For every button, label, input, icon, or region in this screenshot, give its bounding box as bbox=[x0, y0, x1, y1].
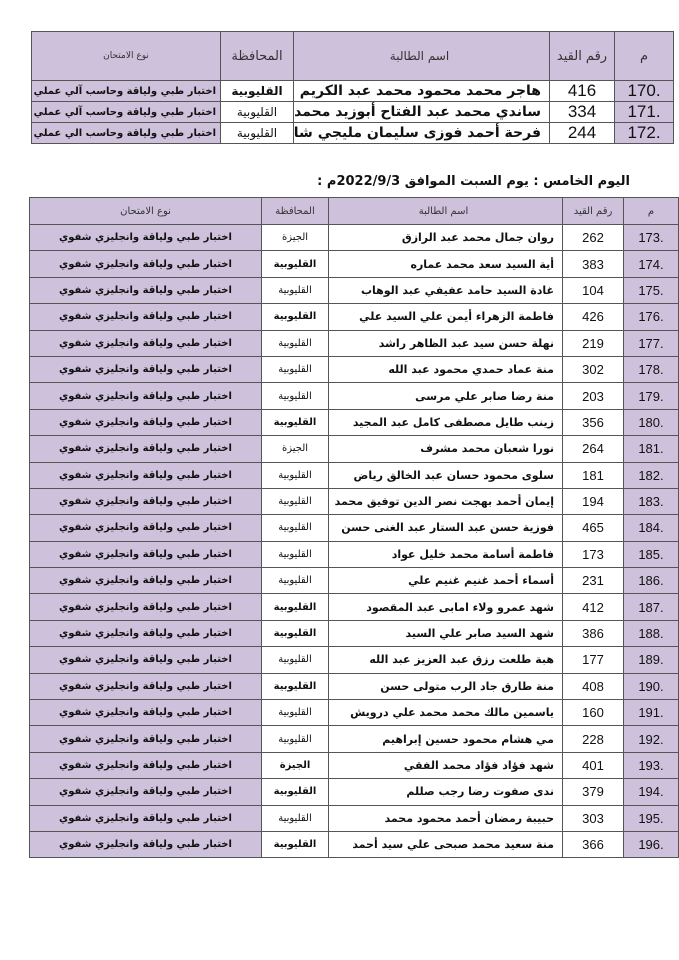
row-exam: اختبار طبي ولياقة وانجليزي شفوي bbox=[30, 805, 262, 831]
row-num: .177 bbox=[624, 330, 679, 356]
row-exam: اختبار طبي ولياقة وانجليزي شفوي bbox=[30, 330, 262, 356]
table-row: .194379ندى صفوت رضا رجب صللمالقليوبيةاخت… bbox=[30, 779, 679, 805]
table-row: .184465فوزية حسن عبد الستار عبد الغنى حس… bbox=[30, 515, 679, 541]
table-row: .189177هبة طلعت رزق عبد العزيز عبد اللها… bbox=[30, 647, 679, 673]
row-code: 177 bbox=[563, 647, 624, 673]
row-name: ندى صفوت رضا رجب صللم bbox=[329, 779, 563, 805]
row-name: غادة السيد حامد عفيفي عبد الوهاب bbox=[329, 277, 563, 303]
row-governorate: القليوبية bbox=[262, 356, 329, 382]
row-name: أية السيد سعد محمد عماره bbox=[329, 251, 563, 277]
row-governorate: القليوبية bbox=[262, 700, 329, 726]
row-num: .196 bbox=[624, 831, 679, 857]
row-code: 231 bbox=[563, 568, 624, 594]
header-exam: نوع الامتحان bbox=[32, 32, 221, 81]
row-name: فاطمة الزهراء أيمن علي السيد علي bbox=[329, 304, 563, 330]
table-row: .178302منة عماد حمدي محمود عبد اللهالقلي… bbox=[30, 356, 679, 382]
header-name: اسم الطالبة bbox=[294, 32, 550, 81]
row-name: أسماء أحمد غنيم غنيم علي bbox=[329, 568, 563, 594]
row-exam: اختبار طبي ولياقة وانجليزي شفوي bbox=[30, 383, 262, 409]
row-exam: اختبار طبي ولياقة وانجليزي شفوي bbox=[30, 409, 262, 435]
row-code: 160 bbox=[563, 700, 624, 726]
row-governorate: الجيزة bbox=[262, 752, 329, 778]
row-name: منة طارق جاد الرب متولى حسن bbox=[329, 673, 563, 699]
row-governorate: القليوبية bbox=[221, 81, 294, 102]
row-num: .195 bbox=[624, 805, 679, 831]
row-num: .188 bbox=[624, 620, 679, 646]
row-num: .185 bbox=[624, 541, 679, 567]
table-row: .186231أسماء أحمد غنيم غنيم عليالقليوبية… bbox=[30, 568, 679, 594]
row-governorate: القليوبية bbox=[262, 251, 329, 277]
row-num: .184 bbox=[624, 515, 679, 541]
row-num: .194 bbox=[624, 779, 679, 805]
row-num: .172 bbox=[615, 123, 674, 144]
row-num: .170 bbox=[615, 81, 674, 102]
row-exam: اختبار طبي ولياقة وانجليزي شفوي bbox=[30, 225, 262, 251]
row-exam: اختبار طبي ولياقة وانجليزي شفوي bbox=[30, 594, 262, 620]
table-row: .183194إيمان أحمد بهجت نصر الدين توفيق م… bbox=[30, 488, 679, 514]
row-code: 408 bbox=[563, 673, 624, 699]
row-num: .179 bbox=[624, 383, 679, 409]
row-num: .189 bbox=[624, 647, 679, 673]
table-row: .172 244 فرحة أحمد فوزى سليمان مليجي شاه… bbox=[32, 123, 674, 144]
row-exam: اختبار طبي ولياقة وانجليزي شفوي bbox=[30, 779, 262, 805]
row-code: 262 bbox=[563, 225, 624, 251]
row-exam: اختبار طبي ولياقة وانجليزي شفوي bbox=[30, 277, 262, 303]
row-code: 412 bbox=[563, 594, 624, 620]
row-name: سلوى محمود حسان عبد الخالق رياض bbox=[329, 462, 563, 488]
row-governorate: القليوبية bbox=[262, 409, 329, 435]
header-num: م bbox=[624, 198, 679, 225]
row-num: .181 bbox=[624, 436, 679, 462]
day-heading: اليوم الخامس : يوم السبت الموافق 2022/9/… bbox=[317, 174, 630, 189]
row-exam: اختبار طبي ولياقة وانجليزي شفوي bbox=[30, 726, 262, 752]
row-governorate: القليوبية bbox=[262, 594, 329, 620]
row-name: شهد عمرو ولاء امابى عبد المقصود bbox=[329, 594, 563, 620]
row-code: 104 bbox=[563, 277, 624, 303]
row-name: حبيبة رمضان أحمد محمود محمد bbox=[329, 805, 563, 831]
row-num: .186 bbox=[624, 568, 679, 594]
table-row: .192228مي هشام محمود حسين إبراهيمالقليوب… bbox=[30, 726, 679, 752]
row-governorate: القليوبية bbox=[262, 568, 329, 594]
row-name: شهد السيد صابر علي السيد bbox=[329, 620, 563, 646]
table-row: .171 334 ساندي محمد عبد الفتاح أبوزيد مح… bbox=[32, 102, 674, 123]
row-name: منة عماد حمدي محمود عبد الله bbox=[329, 356, 563, 382]
row-num: .175 bbox=[624, 277, 679, 303]
row-num: .193 bbox=[624, 752, 679, 778]
header-governorate: المحافظة bbox=[262, 198, 329, 225]
row-governorate: القليوبية bbox=[262, 779, 329, 805]
table-row: .187412شهد عمرو ولاء امابى عبد المقصودال… bbox=[30, 594, 679, 620]
row-num: .173 bbox=[624, 225, 679, 251]
row-code: 302 bbox=[563, 356, 624, 382]
row-governorate: القليوبية bbox=[262, 831, 329, 857]
row-num: .191 bbox=[624, 700, 679, 726]
row-name: نورا شعبان محمد مشرف bbox=[329, 436, 563, 462]
row-governorate: الجيزة bbox=[262, 436, 329, 462]
row-governorate: القليوبية bbox=[262, 277, 329, 303]
row-governorate: القليوبية bbox=[262, 647, 329, 673]
row-num: .192 bbox=[624, 726, 679, 752]
row-governorate: القليوبية bbox=[262, 620, 329, 646]
row-name: ساندي محمد عبد الفتاح أبوزيد محمد bbox=[294, 102, 550, 123]
row-exam: اختبار طبي ولياقة وانجليزي شفوي bbox=[30, 620, 262, 646]
header-num: م bbox=[615, 32, 674, 81]
row-exam: اختبار طبي ولياقة وانجليزي شفوي bbox=[30, 436, 262, 462]
table-row: .170 416 هاجر محمد محمود محمد عبد الكريم… bbox=[32, 81, 674, 102]
row-num: .180 bbox=[624, 409, 679, 435]
header-name: اسم الطالبة bbox=[329, 198, 563, 225]
row-exam: اختبار طبي ولياقة وانجليزي شفوي bbox=[30, 752, 262, 778]
row-name: فوزية حسن عبد الستار عبد الغنى حسن bbox=[329, 515, 563, 541]
table-row: .176426فاطمة الزهراء أيمن علي السيد عليا… bbox=[30, 304, 679, 330]
row-exam: اختبار طبي ولياقة وانجليزي شفوي bbox=[30, 356, 262, 382]
table-row: .188386شهد السيد صابر علي السيدالقليوبية… bbox=[30, 620, 679, 646]
row-exam: اختبار طبي ولياقة وانجليزي شفوي bbox=[30, 541, 262, 567]
students-table-day-five: م رقم القيد اسم الطالبة المحافظة نوع الا… bbox=[29, 197, 679, 858]
row-code: 401 bbox=[563, 752, 624, 778]
row-code: 303 bbox=[563, 805, 624, 831]
row-code: 334 bbox=[550, 102, 615, 123]
table-header-row: م رقم القيد اسم الطالبة المحافظة نوع الا… bbox=[30, 198, 679, 225]
row-code: 203 bbox=[563, 383, 624, 409]
row-exam: اختبار طبي ولياقة وانجليزي شفوي bbox=[30, 488, 262, 514]
row-code: 356 bbox=[563, 409, 624, 435]
row-name: هاجر محمد محمود محمد عبد الكريم bbox=[294, 81, 550, 102]
row-governorate: القليوبية bbox=[262, 304, 329, 330]
row-exam: اختبار طبي ولياقة وحاسب الي عملي bbox=[32, 123, 221, 144]
table-row: .179203منة رضا صابر علي مرسىالقليوبيةاخت… bbox=[30, 383, 679, 409]
row-num: .176 bbox=[624, 304, 679, 330]
table-row: .181264نورا شعبان محمد مشرفالجيزةاختبار … bbox=[30, 436, 679, 462]
row-exam: اختبار طبي ولياقة وانجليزي شفوي bbox=[30, 251, 262, 277]
table-row: .185173فاطمة أسامة محمد خليل عوادالقليوب… bbox=[30, 541, 679, 567]
row-code: 219 bbox=[563, 330, 624, 356]
row-governorate: القليوبية bbox=[262, 515, 329, 541]
row-exam: اختبار طبي ولياقة وحاسب آلي عملي bbox=[32, 102, 221, 123]
header-exam: نوع الامتحان bbox=[30, 198, 262, 225]
row-name: روان جمال محمد عبد الرازق bbox=[329, 225, 563, 251]
header-governorate: المحافظة bbox=[221, 32, 294, 81]
row-name: منة سعيد محمد صبحى علي سيد أحمد bbox=[329, 831, 563, 857]
table-row: .195303حبيبة رمضان أحمد محمود محمدالقليو… bbox=[30, 805, 679, 831]
row-governorate: القليوبية bbox=[262, 726, 329, 752]
row-name: إيمان أحمد بهجت نصر الدين توفيق محمد bbox=[329, 488, 563, 514]
row-name: منة رضا صابر علي مرسى bbox=[329, 383, 563, 409]
row-code: 173 bbox=[563, 541, 624, 567]
row-code: 228 bbox=[563, 726, 624, 752]
table-row: .190408منة طارق جاد الرب متولى حسنالقليو… bbox=[30, 673, 679, 699]
row-num: .174 bbox=[624, 251, 679, 277]
row-code: 194 bbox=[563, 488, 624, 514]
row-exam: اختبار طبي ولياقة وانجليزي شفوي bbox=[30, 304, 262, 330]
table-row: .174383أية السيد سعد محمد عمارهالقليوبية… bbox=[30, 251, 679, 277]
row-exam: اختبار طبي ولياقة وحاسب آلي عملي bbox=[32, 81, 221, 102]
row-governorate: القليوبية bbox=[262, 673, 329, 699]
row-code: 366 bbox=[563, 831, 624, 857]
row-exam: اختبار طبي ولياقة وانجليزي شفوي bbox=[30, 673, 262, 699]
row-num: .183 bbox=[624, 488, 679, 514]
row-code: 244 bbox=[550, 123, 615, 144]
table-row: .191160ياسمين مالك محمد محمد علي درويشال… bbox=[30, 700, 679, 726]
row-name: مي هشام محمود حسين إبراهيم bbox=[329, 726, 563, 752]
row-code: 181 bbox=[563, 462, 624, 488]
table-row: .180356زينب طايل مصطفى كامل عبد المجيدال… bbox=[30, 409, 679, 435]
table-row: .193401شهد فؤاد فؤاد محمد الفقيالجيزةاخت… bbox=[30, 752, 679, 778]
row-num: .178 bbox=[624, 356, 679, 382]
row-governorate: القليوبية bbox=[221, 123, 294, 144]
header-code: رقم القيد bbox=[563, 198, 624, 225]
table-row: .182181سلوى محمود حسان عبد الخالق رياضال… bbox=[30, 462, 679, 488]
row-exam: اختبار طبي ولياقة وانجليزي شفوي bbox=[30, 568, 262, 594]
row-name: هبة طلعت رزق عبد العزيز عبد الله bbox=[329, 647, 563, 673]
row-name: فاطمة أسامة محمد خليل عواد bbox=[329, 541, 563, 567]
row-code: 379 bbox=[563, 779, 624, 805]
row-governorate: القليوبية bbox=[262, 462, 329, 488]
header-code: رقم القيد bbox=[550, 32, 615, 81]
row-code: 383 bbox=[563, 251, 624, 277]
row-governorate: القليوبية bbox=[262, 541, 329, 567]
table-row: .175104غادة السيد حامد عفيفي عبد الوهابا… bbox=[30, 277, 679, 303]
row-code: 416 bbox=[550, 81, 615, 102]
row-code: 386 bbox=[563, 620, 624, 646]
row-governorate: القليوبية bbox=[262, 488, 329, 514]
row-governorate: الجيزة bbox=[262, 225, 329, 251]
table-header-row: م رقم القيد اسم الطالبة المحافظة نوع الا… bbox=[32, 32, 674, 81]
row-name: نهلة حسن سيد عبد الظاهر راشد bbox=[329, 330, 563, 356]
row-num: .190 bbox=[624, 673, 679, 699]
row-exam: اختبار طبي ولياقة وانجليزي شفوي bbox=[30, 515, 262, 541]
row-governorate: القليوبية bbox=[262, 383, 329, 409]
row-exam: اختبار طبي ولياقة وانجليزي شفوي bbox=[30, 700, 262, 726]
row-name: زينب طايل مصطفى كامل عبد المجيد bbox=[329, 409, 563, 435]
table-row: .173262روان جمال محمد عبد الرازقالجيزةاخ… bbox=[30, 225, 679, 251]
students-table-continued: م رقم القيد اسم الطالبة المحافظة نوع الا… bbox=[31, 31, 674, 144]
row-governorate: القليوبية bbox=[221, 102, 294, 123]
row-exam: اختبار طبي ولياقة وانجليزي شفوي bbox=[30, 831, 262, 857]
row-exam: اختبار طبي ولياقة وانجليزي شفوي bbox=[30, 462, 262, 488]
row-num: .187 bbox=[624, 594, 679, 620]
row-code: 426 bbox=[563, 304, 624, 330]
row-governorate: القليوبية bbox=[262, 805, 329, 831]
row-num: .171 bbox=[615, 102, 674, 123]
row-name: شهد فؤاد فؤاد محمد الفقي bbox=[329, 752, 563, 778]
row-code: 264 bbox=[563, 436, 624, 462]
row-code: 465 bbox=[563, 515, 624, 541]
row-name: ياسمين مالك محمد محمد علي درويش bbox=[329, 700, 563, 726]
table-row: .196366منة سعيد محمد صبحى علي سيد أحمدال… bbox=[30, 831, 679, 857]
row-exam: اختبار طبي ولياقة وانجليزي شفوي bbox=[30, 647, 262, 673]
row-governorate: القليوبية bbox=[262, 330, 329, 356]
table-row: .177219نهلة حسن سيد عبد الظاهر راشدالقلي… bbox=[30, 330, 679, 356]
row-name: فرحة أحمد فوزى سليمان مليجي شاهين bbox=[294, 123, 550, 144]
row-num: .182 bbox=[624, 462, 679, 488]
